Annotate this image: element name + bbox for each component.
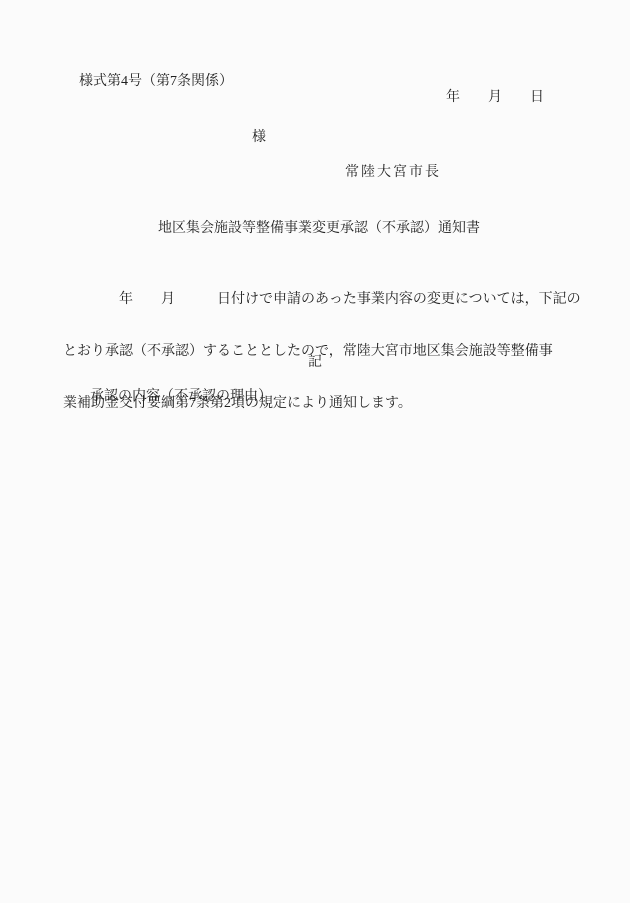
document-page: 様式第4号（第7条関係） 年 月 日 様 常陸大宮市長 地区集会施設等整備事業変… bbox=[0, 0, 630, 903]
document-title: 地区集会施設等整備事業変更承認（不承認）通知書 bbox=[158, 221, 480, 237]
section-heading: 承認の内容（不承認の理由） bbox=[90, 389, 272, 405]
body-paragraph: 年 月 日付けで申請のあった事業内容の変更については，下記の とおり承認（不承認… bbox=[63, 258, 583, 446]
sender-name: 常陸大宮市長 bbox=[345, 165, 441, 181]
form-number: 様式第4号（第7条関係） bbox=[79, 74, 233, 90]
date-line: 年 月 日 bbox=[446, 90, 544, 106]
record-marker: 記 bbox=[0, 355, 630, 371]
body-line-1: 年 月 日付けで申請のあった事業内容の変更については，下記の bbox=[63, 290, 583, 310]
addressee-suffix: 様 bbox=[252, 130, 266, 146]
